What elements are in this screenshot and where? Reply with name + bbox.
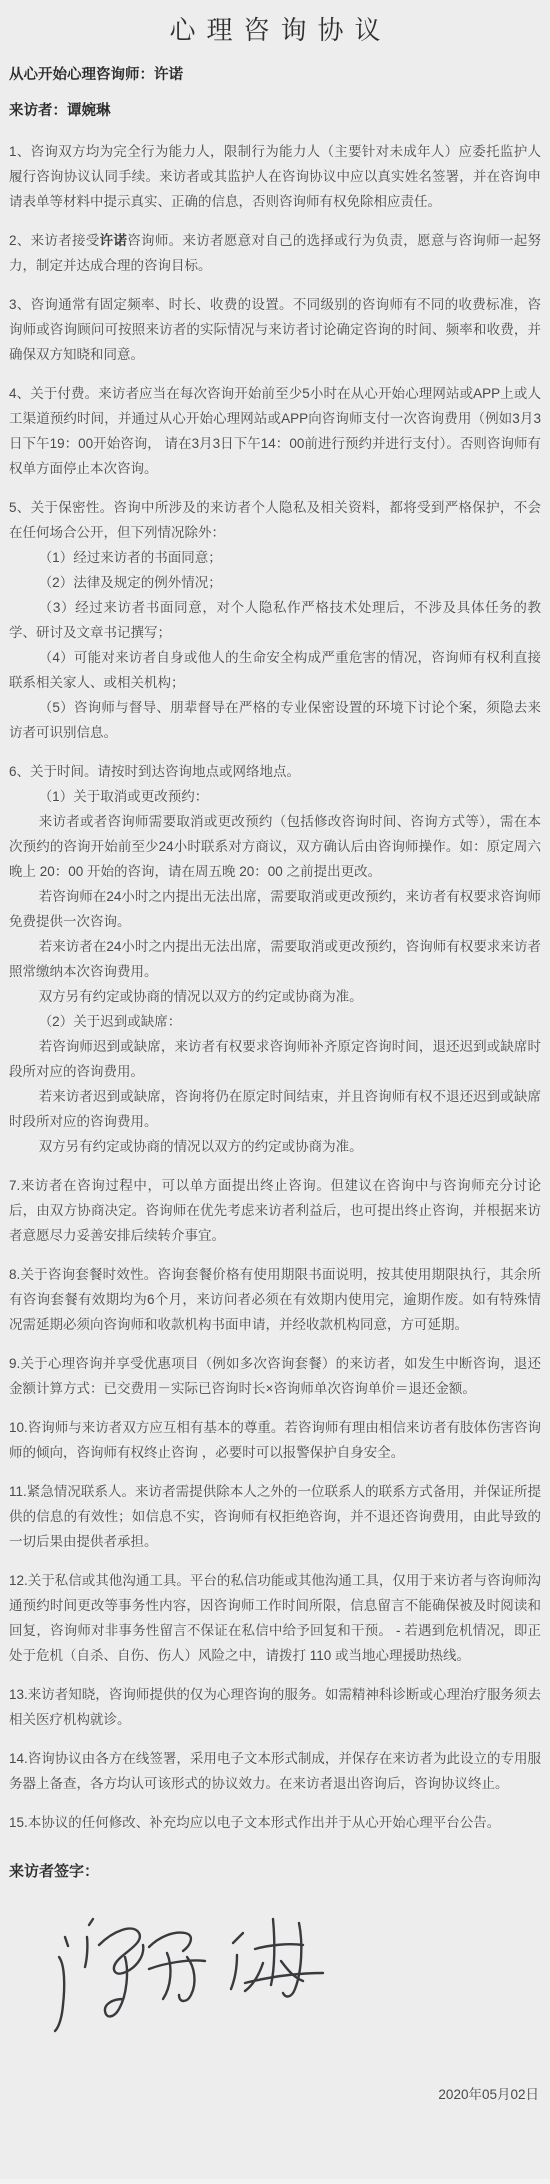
page-title: 心理咨询协议 [9, 10, 541, 47]
clause-line: 若来访者迟到或缺席，咨询将仍在原定时间结束，并且咨询师有权不退还迟到或缺席时段所… [9, 1084, 541, 1134]
clause-line: 9.关于心理咨询并享受优惠项目（例如多次咨询套餐）的来访者，如发生中断咨询，退还… [9, 1351, 541, 1401]
clause-paragraph: 11.紧急情况联系人。来访者需提供除本人之外的一位联系人的联系方式备用，并保证所… [9, 1479, 541, 1554]
clause-paragraph: 7.来访者在咨询过程中，可以单方面提出终止咨询。但建议在咨询中与咨询师充分讨论后… [9, 1173, 541, 1248]
clause-line: 4、关于付费。来访者应当在每次咨询开始前至少5小时在从心开始心理网站或APP上或… [9, 381, 541, 481]
clause-paragraph: 14.咨询协议由各方在线签署，采用电子文本形式制成，并保存在来访者为此设立的专用… [9, 1746, 541, 1796]
clause-paragraph: 13.来访者知晓，咨询师提供的仅为心理咨询的服务。如需精神科诊断或心理治疗服务须… [9, 1682, 541, 1732]
clause-line: 10.咨询师与来访者双方应互相有基本的尊重。若咨询师有理由相信来访者有肢体伤害咨… [9, 1415, 541, 1465]
clause-line: 8.关于咨询套餐时效性。咨询套餐价格有使用期限书面说明，按其使用期限执行，其余所… [9, 1262, 541, 1337]
clause-line: 若咨询师在24小时之内提出无法出席，需要取消或更改预约，来访者有权要求咨询师免费… [9, 884, 541, 934]
clause-line: 14.咨询协议由各方在线签署，采用电子文本形式制成，并保存在来访者为此设立的专用… [9, 1746, 541, 1796]
agreement-page: { "header": { "title": "心理咨询协议", "counse… [0, 0, 550, 2184]
clause-paragraph: 4、关于付费。来访者应当在每次咨询开始前至少5小时在从心开始心理网站或APP上或… [9, 381, 541, 481]
clause-paragraph: 12.关于私信或其他沟通工具。平台的私信功能或其他沟通工具，仅用于来访者与咨询师… [9, 1568, 541, 1668]
clause-line: 13.来访者知晓，咨询师提供的仅为心理咨询的服务。如需精神科诊断或心理治疗服务须… [9, 1682, 541, 1732]
clause-line: （1）关于取消或更改预约： [9, 784, 541, 809]
handwritten-signature [37, 1905, 337, 2055]
clause-paragraph: 5、关于保密性。咨询中所涉及的来访者个人隐私及相关资料，都将受到严格保护，不会在… [9, 495, 541, 745]
clause-line: （3）经过来访者书面同意，对个人隐私作严格技术处理后，不涉及具体任务的教学、研讨… [9, 595, 541, 645]
clause-line: （4）可能对来访者自身或他人的生命安全构成严重危害的情况，咨询师有权利直接联系相… [9, 645, 541, 695]
client-line: 来访者：谭婉琳 [9, 101, 541, 121]
agreement-document: 心理咨询协议 从心开始心理咨询师：许诺 来访者：谭婉琳 1、咨询双方均为完全行为… [0, 0, 550, 2179]
signature-label: 来访者签字： [9, 1861, 541, 1883]
counselor-line: 从心开始心理咨询师：许诺 [9, 65, 541, 85]
clause-line: 2、来访者接受许诺咨询师。来访者愿意对自己的选择或行为负责，愿意与咨询师一起努力… [9, 228, 541, 278]
clause-line: （1）经过来访者的书面同意； [9, 545, 541, 570]
signature-ink [37, 1905, 337, 2055]
clause-line: 6、关于时间。请按时到达咨询地点或网络地点。 [9, 759, 541, 784]
clause-line: 5、关于保密性。咨询中所涉及的来访者个人隐私及相关资料，都将受到严格保护，不会在… [9, 495, 541, 545]
clause-line: 若咨询师迟到或缺席，来访者有权要求咨询师补齐原定咨询时间，退还迟到或缺席时段所对… [9, 1034, 541, 1084]
clause-line: 3、咨询通常有固定频率、时长、收费的设置。不同级别的咨询师有不同的收费标准，咨询… [9, 292, 541, 367]
agreement-date: 2020年05月02日 [9, 2083, 539, 2165]
clause-paragraph: 2、来访者接受许诺咨询师。来访者愿意对自己的选择或行为负责，愿意与咨询师一起努力… [9, 228, 541, 278]
clause-paragraph: 3、咨询通常有固定频率、时长、收费的设置。不同级别的咨询师有不同的收费标准，咨询… [9, 292, 541, 367]
clause-line: （2）关于迟到或缺席： [9, 1009, 541, 1034]
clause-paragraph: 6、关于时间。请按时到达咨询地点或网络地点。（1）关于取消或更改预约：来访者或者… [9, 759, 541, 1159]
clause-line: （2）法律及规定的例外情况； [9, 570, 541, 595]
clause-line: 15.本协议的任何修改、补充均应以电子文本形式作出并于从心开始心理平台公告。 [9, 1810, 541, 1835]
clauses: 1、咨询双方均为完全行为能力人，限制行为能力人（主要针对未成年人）应委托监护人履… [9, 139, 541, 1835]
bottom-strip [0, 2179, 550, 2184]
clause-line: 双方另有约定或协商的情况以双方的约定或协商为准。 [9, 1134, 541, 1159]
clause-line: 来访者或者咨询师需要取消或更改预约（包括修改咨询时间、咨询方式等），需在本次预约… [9, 809, 541, 884]
clause-line: 7.来访者在咨询过程中，可以单方面提出终止咨询。但建议在咨询中与咨询师充分讨论后… [9, 1173, 541, 1248]
clause-paragraph: 15.本协议的任何修改、补充均应以电子文本形式作出并于从心开始心理平台公告。 [9, 1810, 541, 1835]
clause-paragraph: 1、咨询双方均为完全行为能力人，限制行为能力人（主要针对未成年人）应委托监护人履… [9, 139, 541, 214]
clause-line: 双方另有约定或协商的情况以双方的约定或协商为准。 [9, 984, 541, 1009]
clause-line: 12.关于私信或其他沟通工具。平台的私信功能或其他沟通工具，仅用于来访者与咨询师… [9, 1568, 541, 1668]
clause-line: 11.紧急情况联系人。来访者需提供除本人之外的一位联系人的联系方式备用，并保证所… [9, 1479, 541, 1554]
clause-paragraph: 10.咨询师与来访者双方应互相有基本的尊重。若咨询师有理由相信来访者有肢体伤害咨… [9, 1415, 541, 1465]
clause-line: 若来访者在24小时之内提出无法出席，需要取消或更改预约，咨询师有权要求来访者照常… [9, 934, 541, 984]
clause-paragraph: 8.关于咨询套餐时效性。咨询套餐价格有使用期限书面说明，按其使用期限执行，其余所… [9, 1262, 541, 1337]
clause-line: 1、咨询双方均为完全行为能力人，限制行为能力人（主要针对未成年人）应委托监护人履… [9, 139, 541, 214]
clause-paragraph: 9.关于心理咨询并享受优惠项目（例如多次咨询套餐）的来访者，如发生中断咨询，退还… [9, 1351, 541, 1401]
clause-line: （5）咨询师与督导、朋辈督导在严格的专业保密设置的环境下讨论个案，须隐去来访者可… [9, 695, 541, 745]
